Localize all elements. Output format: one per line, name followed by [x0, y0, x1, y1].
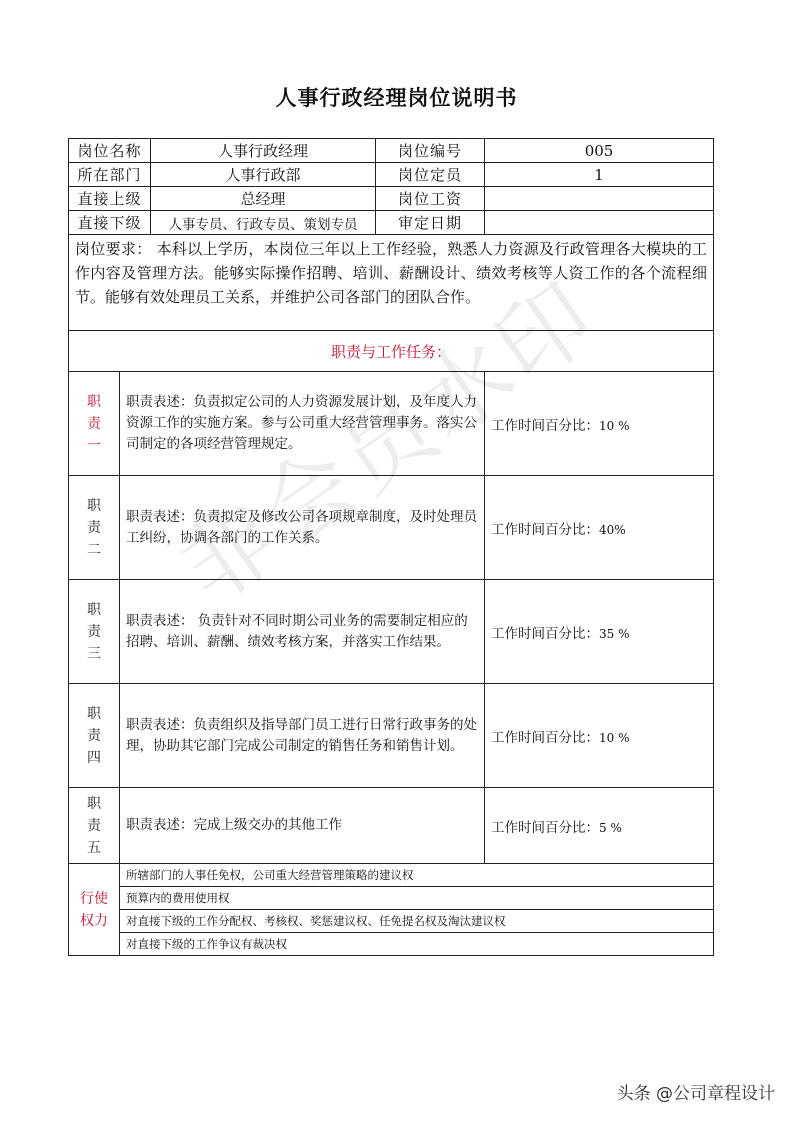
duty-label-char: 五	[69, 837, 119, 859]
duty-label-char: 责	[69, 413, 119, 435]
info-value	[485, 211, 714, 235]
duty-description: 职责表述：负责组织及指导部门员工进行日常行政事务的处理，协助其它部门完成公司制定…	[120, 684, 485, 788]
duty-label-char: 一	[69, 435, 119, 457]
authority-row: 对直接下级的工作争议有裁决权	[69, 933, 714, 956]
duty-label: 职 责 一	[69, 372, 120, 476]
info-value: 005	[485, 139, 714, 163]
info-row: 直接上级 总经理 岗位工资	[69, 187, 714, 211]
job-description-table: 岗位名称 人事行政经理 岗位编号 005 所在部门 人事行政部 岗位定员 1 直…	[68, 138, 714, 956]
authority-label-line: 行使	[69, 888, 119, 910]
duty-row: 职 责 一 职责表述：负责拟定公司的人力资源发展计划，及年度人力资源工作的实施方…	[69, 372, 714, 476]
duty-label-char: 职	[69, 599, 119, 621]
duty-label: 职 责 四	[69, 684, 120, 788]
authority-label-line: 权力	[69, 910, 119, 932]
duty-label: 职 责 五	[69, 788, 120, 864]
authority-item: 对直接下级的工作争议有裁决权	[120, 933, 714, 956]
duty-row: 职 责 三 职责表述： 负责针对不同时期公司业务的需要制定相应的招聘、培训、薪酬…	[69, 580, 714, 684]
duty-row: 职 责 二 职责表述：负责拟定及修改公司各项规章制度，及时处理员工纠纷，协调各部…	[69, 476, 714, 580]
info-value	[485, 187, 714, 211]
info-row: 直接下级 人事专员、行政专员、策划专员 审定日期	[69, 211, 714, 235]
duty-description: 职责表述： 负责针对不同时期公司业务的需要制定相应的招聘、培训、薪酬、绩效考核方…	[120, 580, 485, 684]
duty-label-char: 责	[69, 517, 119, 539]
authority-label: 行使 权力	[69, 864, 120, 956]
info-value: 人事行政经理	[151, 139, 376, 163]
info-label: 所在部门	[69, 163, 151, 187]
duty-time-percentage: 工作时间百分比：5 %	[485, 788, 714, 864]
duty-row: 职 责 五 职责表述：完成上级交办的其他工作 工作时间百分比：5 %	[69, 788, 714, 864]
pct-value: 10 %	[599, 419, 630, 433]
duty-time-percentage: 工作时间百分比：40%	[485, 476, 714, 580]
info-label: 岗位名称	[69, 139, 151, 163]
info-value: 人事专员、行政专员、策划专员	[151, 211, 376, 235]
document-title: 人事行政经理岗位说明书	[0, 82, 793, 112]
duty-description: 职责表述：负责拟定公司的人力资源发展计划，及年度人力资源工作的实施方案。参与公司…	[120, 372, 485, 476]
duty-label-char: 责	[69, 815, 119, 837]
pct-label: 工作时间百分比：	[491, 626, 599, 642]
info-row: 所在部门 人事行政部 岗位定员 1	[69, 163, 714, 187]
duties-section-title: 职责与工作任务：	[69, 331, 714, 372]
duty-label-char: 责	[69, 725, 119, 747]
duty-description: 职责表述：完成上级交办的其他工作	[120, 788, 485, 864]
duty-label-char: 职	[69, 495, 119, 517]
duty-label-char: 职	[69, 391, 119, 413]
duty-label-char: 职	[69, 703, 119, 725]
duty-time-percentage: 工作时间百分比：10 %	[485, 684, 714, 788]
pct-value: 10 %	[599, 731, 630, 745]
info-label: 审定日期	[376, 211, 485, 235]
info-label: 岗位编号	[376, 139, 485, 163]
info-label: 岗位定员	[376, 163, 485, 187]
pct-value: 35 %	[599, 627, 630, 641]
info-value: 1	[485, 163, 714, 187]
pct-label: 工作时间百分比：	[491, 522, 599, 538]
authority-item: 对直接下级的工作分配权、考核权、奖惩建议权、任免提名权及淘汰建议权	[120, 910, 714, 933]
info-label: 直接上级	[69, 187, 151, 211]
duty-row: 职 责 四 职责表述：负责组织及指导部门员工进行日常行政事务的处理，协助其它部门…	[69, 684, 714, 788]
duty-label-char: 三	[69, 643, 119, 665]
authority-row: 预算内的费用使用权	[69, 887, 714, 910]
authority-row: 对直接下级的工作分配权、考核权、奖惩建议权、任免提名权及淘汰建议权	[69, 910, 714, 933]
duty-time-percentage: 工作时间百分比：10 %	[485, 372, 714, 476]
info-value: 总经理	[151, 187, 376, 211]
pct-label: 工作时间百分比：	[491, 730, 599, 746]
duty-label: 职 责 三	[69, 580, 120, 684]
duty-time-percentage: 工作时间百分比：35 %	[485, 580, 714, 684]
duty-description: 职责表述：负责拟定及修改公司各项规章制度，及时处理员工纠纷，协调各部门的工作关系…	[120, 476, 485, 580]
info-label: 岗位工资	[376, 187, 485, 211]
authority-item: 所辖部门的人事任免权，公司重大经营管理策略的建议权	[120, 864, 714, 887]
authority-item: 预算内的费用使用权	[120, 887, 714, 910]
duty-label-char: 责	[69, 621, 119, 643]
info-value: 人事行政部	[151, 163, 376, 187]
pct-label: 工作时间百分比：	[491, 418, 599, 434]
pct-value: 40%	[599, 523, 626, 537]
pct-value: 5 %	[599, 821, 622, 835]
duty-label: 职 责 二	[69, 476, 120, 580]
duty-label-char: 职	[69, 793, 119, 815]
duty-label-char: 二	[69, 539, 119, 561]
duty-label-char: 四	[69, 747, 119, 769]
authority-row: 行使 权力 所辖部门的人事任免权，公司重大经营管理策略的建议权	[69, 864, 714, 887]
info-row: 岗位名称 人事行政经理 岗位编号 005	[69, 139, 714, 163]
duties-title-row: 职责与工作任务：	[69, 331, 714, 372]
info-label: 直接下级	[69, 211, 151, 235]
requirements-row: 岗位要求： 本科以上学历，本岗位三年以上工作经验，熟悉人力资源及行政管理各大模块…	[69, 235, 714, 331]
source-attribution: 头条 @公司章程设计	[617, 1079, 775, 1104]
job-requirements: 岗位要求： 本科以上学历，本岗位三年以上工作经验，熟悉人力资源及行政管理各大模块…	[69, 235, 714, 331]
pct-label: 工作时间百分比：	[491, 820, 599, 836]
